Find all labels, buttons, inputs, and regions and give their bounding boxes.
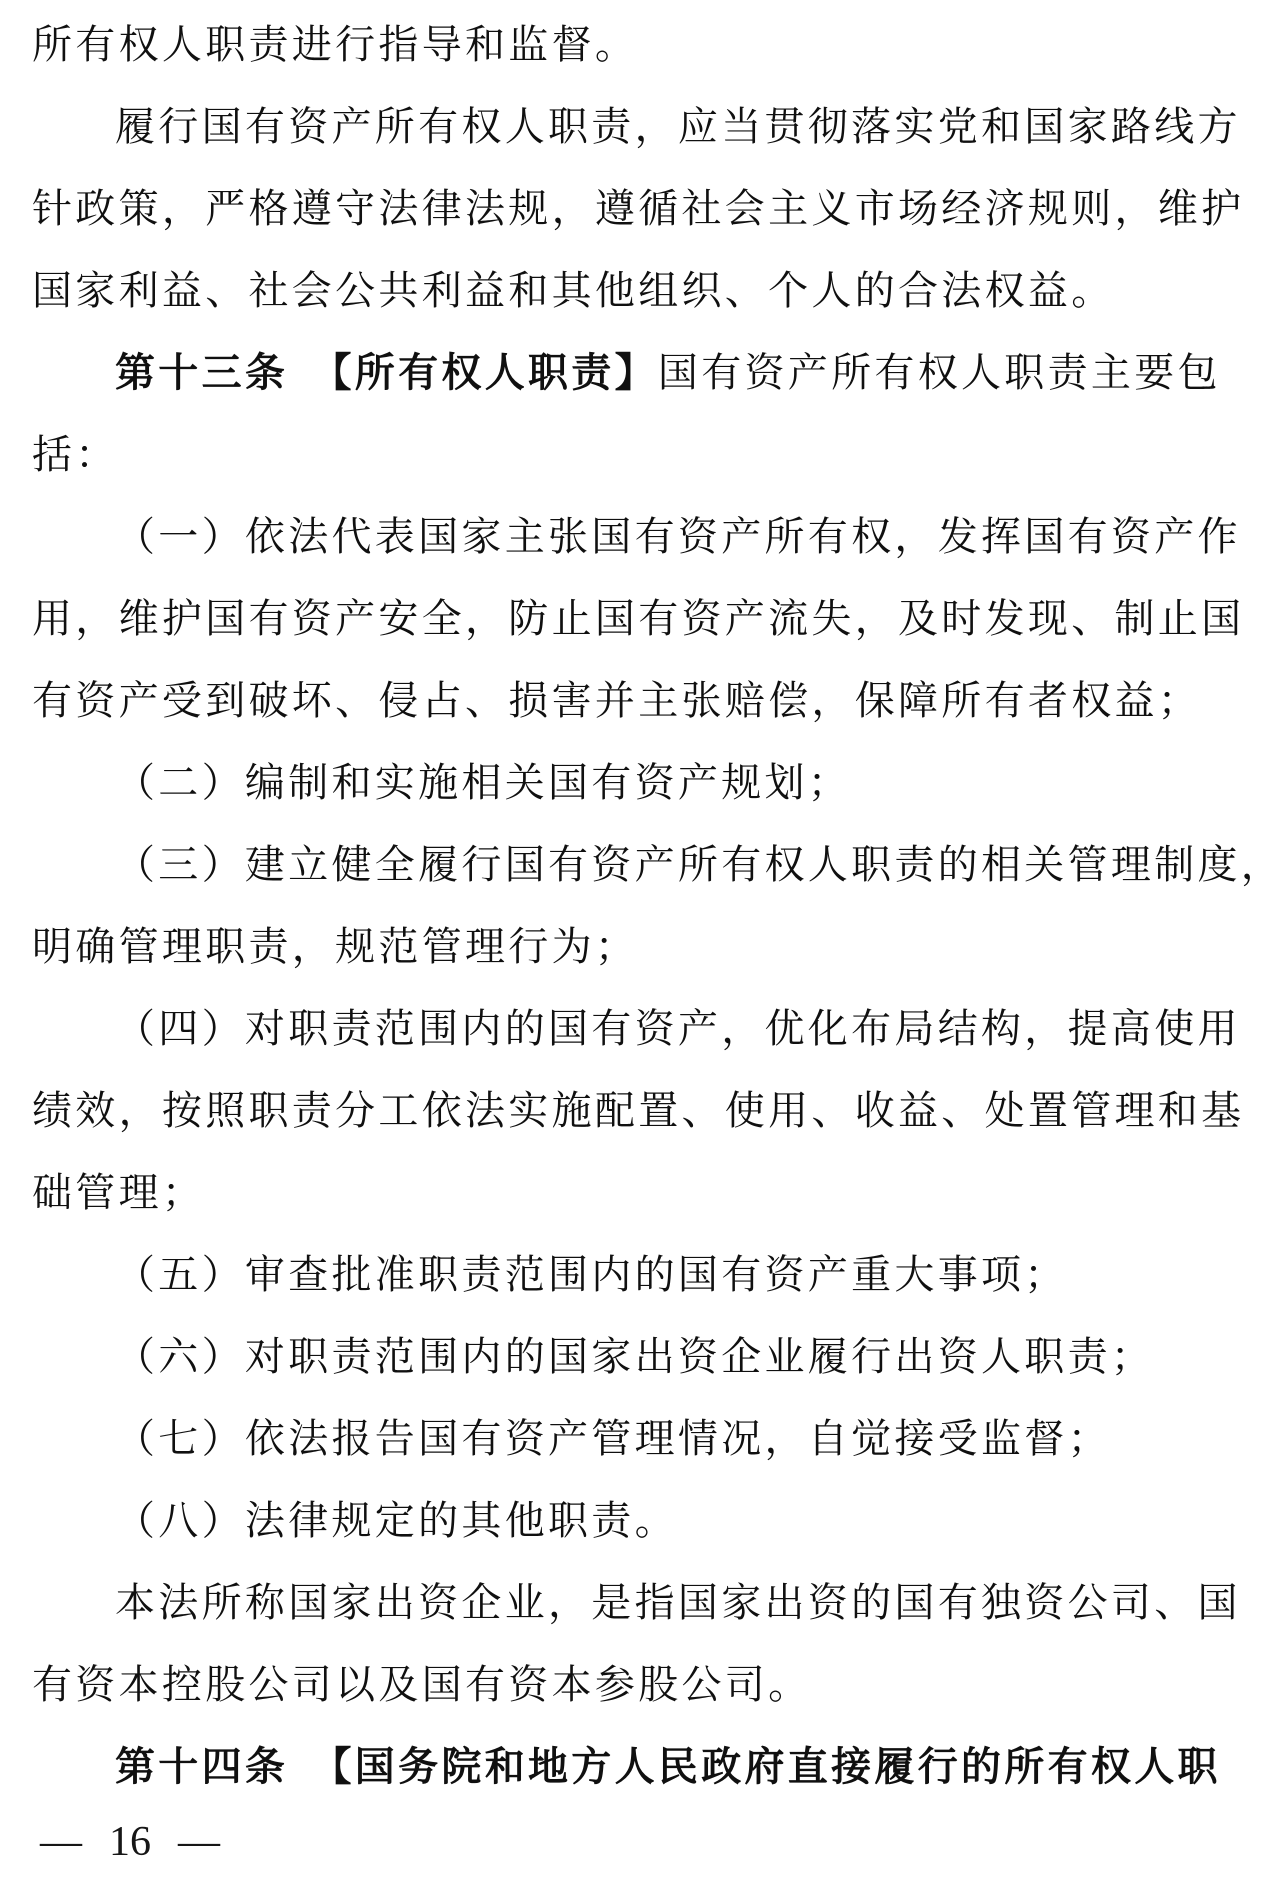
line-text: （八）法律规定的其他职责。	[115, 1498, 678, 1543]
text-line: 第十三条 【所有权人职责】国有资产所有权人职责主要包	[32, 332, 1248, 414]
text-line: 础管理；	[32, 1152, 1248, 1234]
text-line: 有资产受到破坏、侵占、损害并主张赔偿，保障所有者权益；	[32, 660, 1248, 742]
line-text: 括：	[32, 432, 119, 477]
line-text: 有资产受到破坏、侵占、损害并主张赔偿，保障所有者权益；	[32, 678, 1201, 723]
line-text: 有资本控股公司以及国有资本参股公司。	[32, 1662, 811, 1707]
line-text: （三）建立健全履行国有资产所有权人职责的相关管理制度，	[115, 842, 1278, 887]
line-text: （一）依法代表国家主张国有资产所有权，发挥国有资产作	[115, 514, 1241, 559]
text-line: 第十四条 【国务院和地方人民政府直接履行的所有权人职	[32, 1726, 1248, 1808]
footer-dash-left: —	[40, 1818, 82, 1866]
line-text: （四）对职责范围内的国有资产，优化布局结构，提高使用	[115, 1006, 1241, 1051]
line-text: 本法所称国家出资企业，是指国家出资的国有独资公司、国	[115, 1580, 1241, 1625]
line-text: （二）编制和实施相关国有资产规划；	[115, 760, 851, 805]
clause-item-2: （二）编制和实施相关国有资产规划；	[32, 742, 1248, 824]
text-line: 本法所称国家出资企业，是指国家出资的国有独资公司、国	[32, 1562, 1248, 1644]
line-text: 国有资产所有权人职责主要包	[658, 350, 1221, 395]
document-page: 所有权人职责进行指导和监督。 履行国有资产所有权人职责，应当贯彻落实党和国家路线…	[0, 0, 1278, 1808]
line-text: 础管理；	[32, 1170, 205, 1215]
line-text: 所有权人职责进行指导和监督。	[32, 22, 638, 67]
text-line: 有资本控股公司以及国有资本参股公司。	[32, 1644, 1248, 1726]
line-text: 针政策，严格遵守法律法规，遵循社会主义市场经济规则，维护	[32, 186, 1244, 231]
text-line: 用，维护国有资产安全，防止国有资产流失，及时发现、制止国	[32, 578, 1248, 660]
clause-item-4: （四）对职责范围内的国有资产，优化布局结构，提高使用	[32, 988, 1248, 1070]
line-text: 用，维护国有资产安全，防止国有资产流失，及时发现、制止国	[32, 596, 1244, 641]
line-text: （五）审查批准职责范围内的国有资产重大事项；	[115, 1252, 1068, 1297]
clause-item-3: （三）建立健全履行国有资产所有权人职责的相关管理制度，	[32, 824, 1248, 906]
text-line: 所有权人职责进行指导和监督。	[32, 4, 1248, 86]
line-text: （六）对职责范围内的国家出资企业履行出资人职责；	[115, 1334, 1154, 1379]
text-line: 绩效，按照职责分工依法实施配置、使用、收益、处置管理和基	[32, 1070, 1248, 1152]
page-footer: — 16 —	[40, 1812, 220, 1872]
clause-item-6: （六）对职责范围内的国家出资企业履行出资人职责；	[32, 1316, 1248, 1398]
line-text: （七）依法报告国有资产管理情况，自觉接受监督；	[115, 1416, 1111, 1461]
line-text: 履行国有资产所有权人职责，应当贯彻落实党和国家路线方	[115, 104, 1241, 149]
clause-item-1: （一）依法代表国家主张国有资产所有权，发挥国有资产作	[32, 496, 1248, 578]
line-text: 明确管理职责，规范管理行为；	[32, 924, 638, 969]
text-line: 国家利益、社会公共利益和其他组织、个人的合法权益。	[32, 250, 1248, 332]
clause-item-7: （七）依法报告国有资产管理情况，自觉接受监督；	[32, 1398, 1248, 1480]
text-line: 针政策，严格遵守法律法规，遵循社会主义市场经济规则，维护	[32, 168, 1248, 250]
clause-item-5: （五）审查批准职责范围内的国有资产重大事项；	[32, 1234, 1248, 1316]
line-text: 国家利益、社会公共利益和其他组织、个人的合法权益。	[32, 268, 1115, 313]
text-line: 履行国有资产所有权人职责，应当贯彻落实党和国家路线方	[32, 86, 1248, 168]
text-line: 明确管理职责，规范管理行为；	[32, 906, 1248, 988]
line-text: 绩效，按照职责分工依法实施配置、使用、收益、处置管理和基	[32, 1088, 1244, 1133]
text-line: 括：	[32, 414, 1248, 496]
page-number: 16	[109, 1818, 151, 1866]
footer-dash-right: —	[178, 1818, 220, 1866]
article-13-heading: 第十三条 【所有权人职责】	[115, 351, 658, 395]
article-14-heading: 第十四条 【国务院和地方人民政府直接履行的所有权人职	[115, 1745, 1221, 1789]
clause-item-8: （八）法律规定的其他职责。	[32, 1480, 1248, 1562]
